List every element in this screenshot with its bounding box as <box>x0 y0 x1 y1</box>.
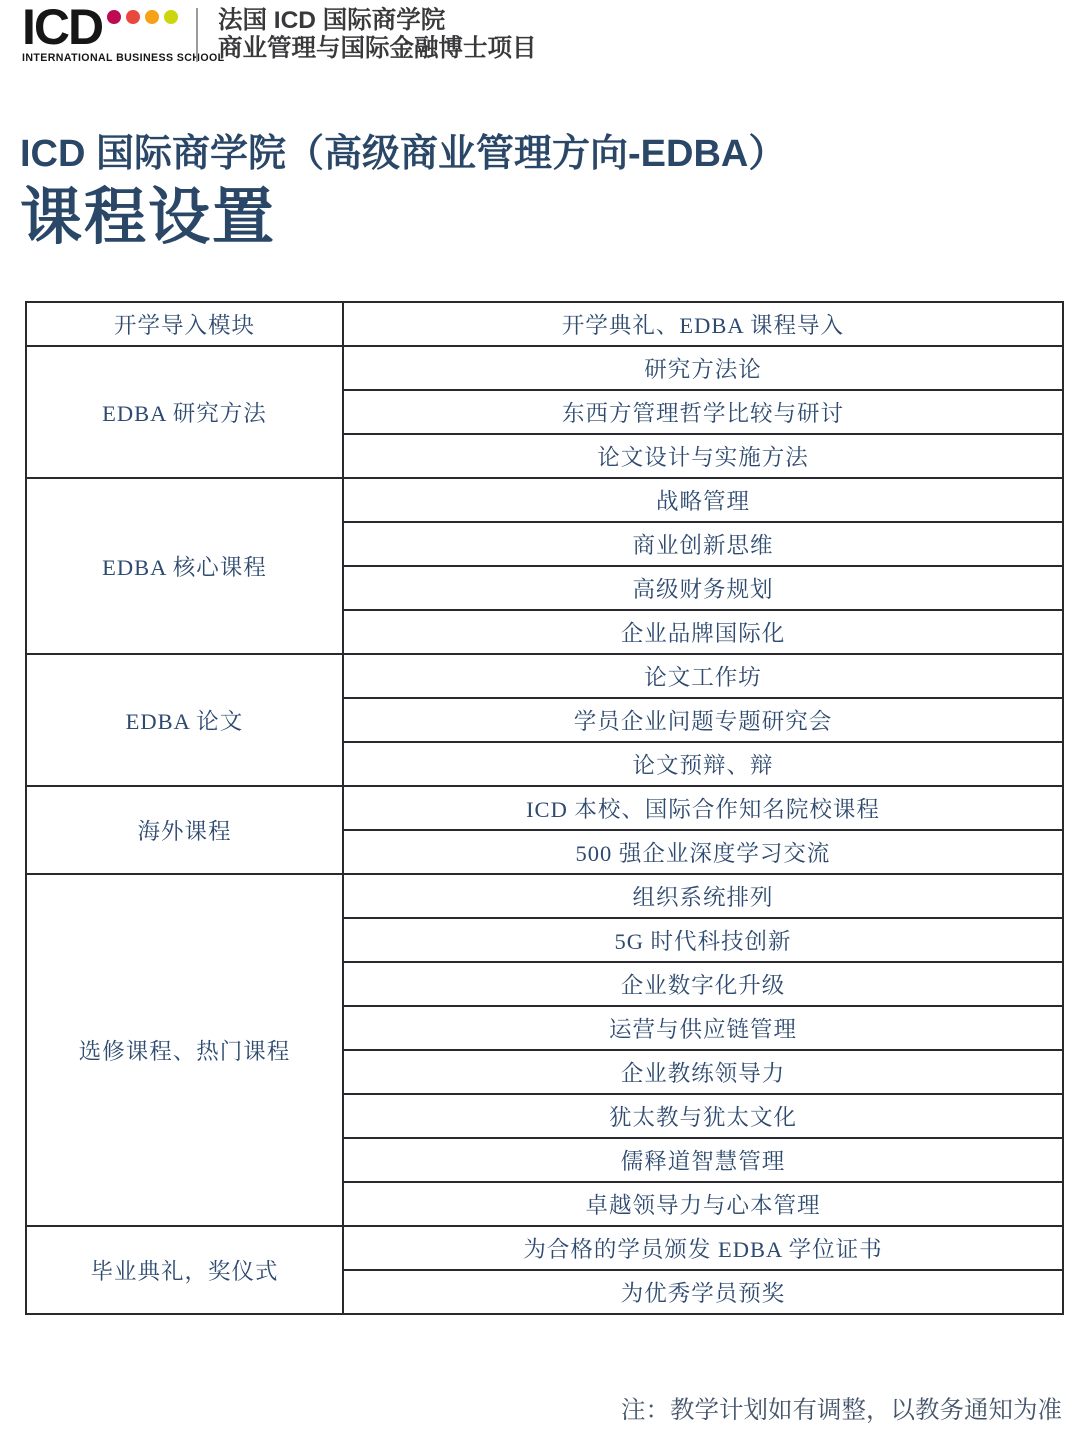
logo-block: ICD INTERNATIONAL BUSINESS SCHOOL <box>22 5 225 64</box>
table-row: 海外课程ICD 本校、国际合作知名院校课程 <box>26 786 1063 830</box>
course-cell: 企业品牌国际化 <box>343 610 1063 654</box>
logo-subtitle: INTERNATIONAL BUSINESS SCHOOL <box>22 52 225 64</box>
module-cell: EDBA 核心课程 <box>26 478 343 654</box>
course-cell: 论文预辩、辩 <box>343 742 1063 786</box>
logo-divider <box>196 8 198 62</box>
course-table: 开学导入模块开学典礼、EDBA 课程导入EDBA 研究方法研究方法论东西方管理哲… <box>25 301 1064 1315</box>
course-cell: 研究方法论 <box>343 346 1063 390</box>
logo-dot-2-icon <box>126 10 140 24</box>
module-group-3: EDBA 核心课程战略管理商业创新思维高级财务规划企业品牌国际化 <box>26 478 1063 654</box>
footer-note: 注：教学计划如有调整，以教务通知为准 <box>621 1391 1062 1426</box>
course-cell: 论文工作坊 <box>343 654 1063 698</box>
module-cell: EDBA 研究方法 <box>26 346 343 478</box>
course-cell: 组织系统排列 <box>343 874 1063 918</box>
course-cell: 犹太教与犹太文化 <box>343 1094 1063 1138</box>
logo-dot-4-icon <box>164 10 178 24</box>
table-row: 开学导入模块开学典礼、EDBA 课程导入 <box>26 302 1063 346</box>
logo-dots-icon <box>107 10 178 24</box>
module-group-2: EDBA 研究方法研究方法论东西方管理哲学比较与研讨论文设计与实施方法 <box>26 346 1063 478</box>
title-block: ICD 国际商学院（高级商业管理方向-EDBA） 课程设置 <box>20 131 786 251</box>
course-cell: 运营与供应链管理 <box>343 1006 1063 1050</box>
module-group-6: 选修课程、热门课程组织系统排列5G 时代科技创新企业数字化升级运营与供应链管理企… <box>26 874 1063 1226</box>
module-group-7: 毕业典礼，奖仪式为合格的学员颁发 EDBA 学位证书为优秀学员预奖 <box>26 1226 1063 1314</box>
table-row: 毕业典礼，奖仪式为合格的学员颁发 EDBA 学位证书 <box>26 1226 1063 1270</box>
course-cell: 东西方管理哲学比较与研讨 <box>343 390 1063 434</box>
course-cell: 战略管理 <box>343 478 1063 522</box>
course-cell: 学员企业问题专题研究会 <box>343 698 1063 742</box>
page-title: 课程设置 <box>20 185 786 251</box>
org-block: 法国 ICD 国际商学院 商业管理与国际金融博士项目 <box>218 7 537 63</box>
module-cell: 选修课程、热门课程 <box>26 874 343 1226</box>
course-cell: 5G 时代科技创新 <box>343 918 1063 962</box>
course-table-wrap: 开学导入模块开学典礼、EDBA 课程导入EDBA 研究方法研究方法论东西方管理哲… <box>25 301 1062 1315</box>
course-cell: 为合格的学员颁发 EDBA 学位证书 <box>343 1226 1063 1270</box>
course-cell: 论文设计与实施方法 <box>343 434 1063 478</box>
module-group-1: 开学导入模块开学典礼、EDBA 课程导入 <box>26 302 1063 346</box>
course-cell: 为优秀学员预奖 <box>343 1270 1063 1314</box>
page: ICD INTERNATIONAL BUSINESS SCHOOL 法国 ICD… <box>0 0 1080 1431</box>
org-name: 法国 ICD 国际商学院 <box>218 7 537 35</box>
module-group-5: 海外课程ICD 本校、国际合作知名院校课程500 强企业深度学习交流 <box>26 786 1063 874</box>
table-row: EDBA 论文论文工作坊 <box>26 654 1063 698</box>
table-row: EDBA 核心课程战略管理 <box>26 478 1063 522</box>
course-cell: 企业教练领导力 <box>343 1050 1063 1094</box>
page-subtitle: ICD 国际商学院（高级商业管理方向-EDBA） <box>20 131 786 177</box>
course-cell: 儒释道智慧管理 <box>343 1138 1063 1182</box>
table-row: 选修课程、热门课程组织系统排列 <box>26 874 1063 918</box>
module-cell: 海外课程 <box>26 786 343 874</box>
course-cell: 商业创新思维 <box>343 522 1063 566</box>
module-cell: EDBA 论文 <box>26 654 343 786</box>
course-cell: 卓越领导力与心本管理 <box>343 1182 1063 1226</box>
icd-logo: ICD <box>22 5 102 49</box>
course-cell: 500 强企业深度学习交流 <box>343 830 1063 874</box>
logo-dot-1-icon <box>107 10 121 24</box>
course-cell: 企业数字化升级 <box>343 962 1063 1006</box>
course-cell: ICD 本校、国际合作知名院校课程 <box>343 786 1063 830</box>
module-group-4: EDBA 论文论文工作坊学员企业问题专题研究会论文预辩、辩 <box>26 654 1063 786</box>
program-name: 商业管理与国际金融博士项目 <box>218 35 537 63</box>
module-cell: 毕业典礼，奖仪式 <box>26 1226 343 1314</box>
course-cell: 开学典礼、EDBA 课程导入 <box>343 302 1063 346</box>
course-cell: 高级财务规划 <box>343 566 1063 610</box>
module-cell: 开学导入模块 <box>26 302 343 346</box>
logo-dot-3-icon <box>145 10 159 24</box>
table-row: EDBA 研究方法研究方法论 <box>26 346 1063 390</box>
